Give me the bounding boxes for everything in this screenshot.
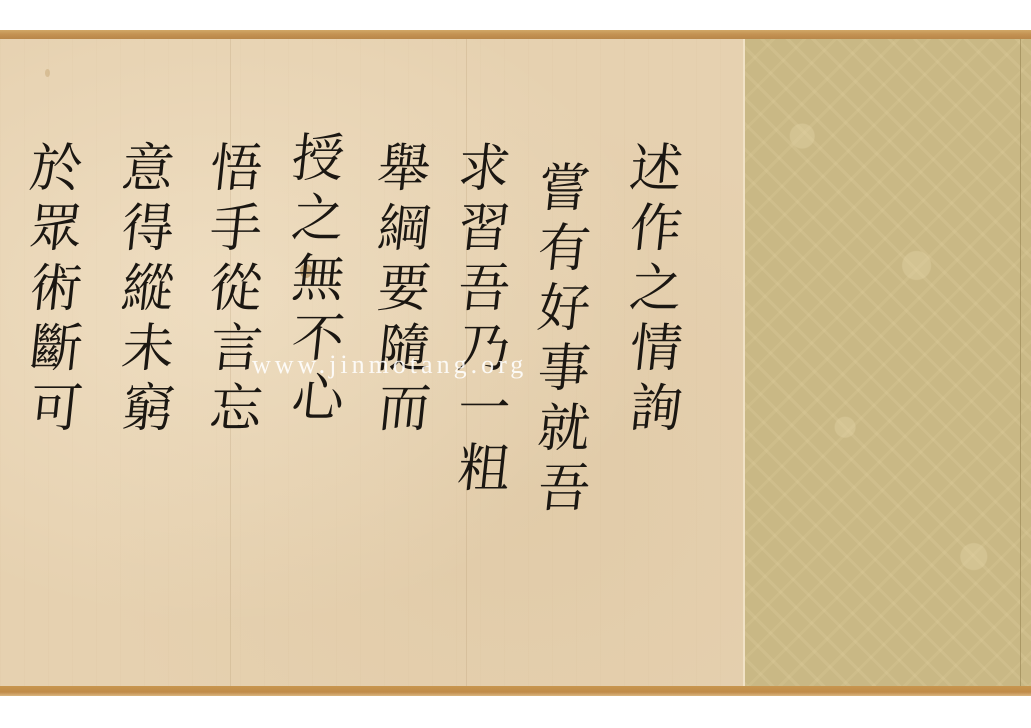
calligraphy-character: 詢 <box>627 379 685 439</box>
calligraphy-character: 事 <box>535 339 593 399</box>
calligraphy-character: 之 <box>627 259 685 319</box>
calligraphy-character: 術 <box>27 259 85 319</box>
calligraphy-column: 於眾術斷可 <box>30 139 82 439</box>
watermark-text: www.jinmotang.org <box>252 350 527 380</box>
calligraphy-character: 意 <box>119 139 177 199</box>
calligraphy-column: 授之無不心 <box>292 129 344 429</box>
calligraphy-character: 未 <box>119 319 177 379</box>
silk-mounting-panel <box>745 39 1031 686</box>
calligraphy-character: 窮 <box>119 379 177 439</box>
calligraphy-character: 斷 <box>27 319 85 379</box>
calligraphy-character: 粗 <box>455 439 513 499</box>
calligraphy-character: 眾 <box>27 199 85 259</box>
calligraphy-character: 綱 <box>375 199 433 259</box>
calligraphy-character: 吾 <box>535 459 593 519</box>
calligraphy-character: 吾 <box>455 259 513 319</box>
calligraphy-column: 悟手從言忘 <box>210 139 262 439</box>
calligraphy-character: 嘗 <box>535 159 593 219</box>
calligraphy-character: 忘 <box>207 379 265 439</box>
calligraphy-column: 意得縱未窮 <box>122 139 174 439</box>
calligraphy-character: 習 <box>455 199 513 259</box>
calligraphy-character: 授 <box>289 129 347 189</box>
calligraphy-character: 就 <box>535 399 593 459</box>
calligraphy-character: 述 <box>627 139 685 199</box>
calligraphy-character: 之 <box>289 189 347 249</box>
paper-stain <box>45 69 50 77</box>
calligraphy-character: 悟 <box>207 139 265 199</box>
calligraphy-column: 嘗有好事就吾 <box>538 159 590 519</box>
calligraphy-column: 舉綱要隨而 <box>378 139 430 439</box>
calligraphy-character: 一 <box>455 379 513 439</box>
calligraphy-character: 求 <box>455 139 513 199</box>
calligraphy-character: 舉 <box>375 139 433 199</box>
calligraphy-character: 手 <box>207 199 265 259</box>
calligraphy-character: 作 <box>627 199 685 259</box>
silk-edge-line <box>1020 39 1021 686</box>
calligraphy-character: 可 <box>27 379 85 439</box>
calligraphy-character: 無 <box>289 249 347 309</box>
calligraphy-column: 求習吾乃一粗 <box>458 139 510 499</box>
calligraphy-character: 從 <box>207 259 265 319</box>
calligraphy-character: 情 <box>627 319 685 379</box>
calligraphy-character: 縱 <box>119 259 177 319</box>
mounting-border-top <box>0 30 1031 39</box>
calligraphy-character: 有 <box>535 219 593 279</box>
calligraphy-character: 而 <box>375 379 433 439</box>
calligraphy-character: 得 <box>119 199 177 259</box>
calligraphy-column: 述作之情詢 <box>630 139 682 439</box>
calligraphy-character: 好 <box>535 279 593 339</box>
calligraphy-character: 要 <box>375 259 433 319</box>
mounting-border-bottom <box>0 686 1031 696</box>
calligraphy-character: 於 <box>27 139 85 199</box>
